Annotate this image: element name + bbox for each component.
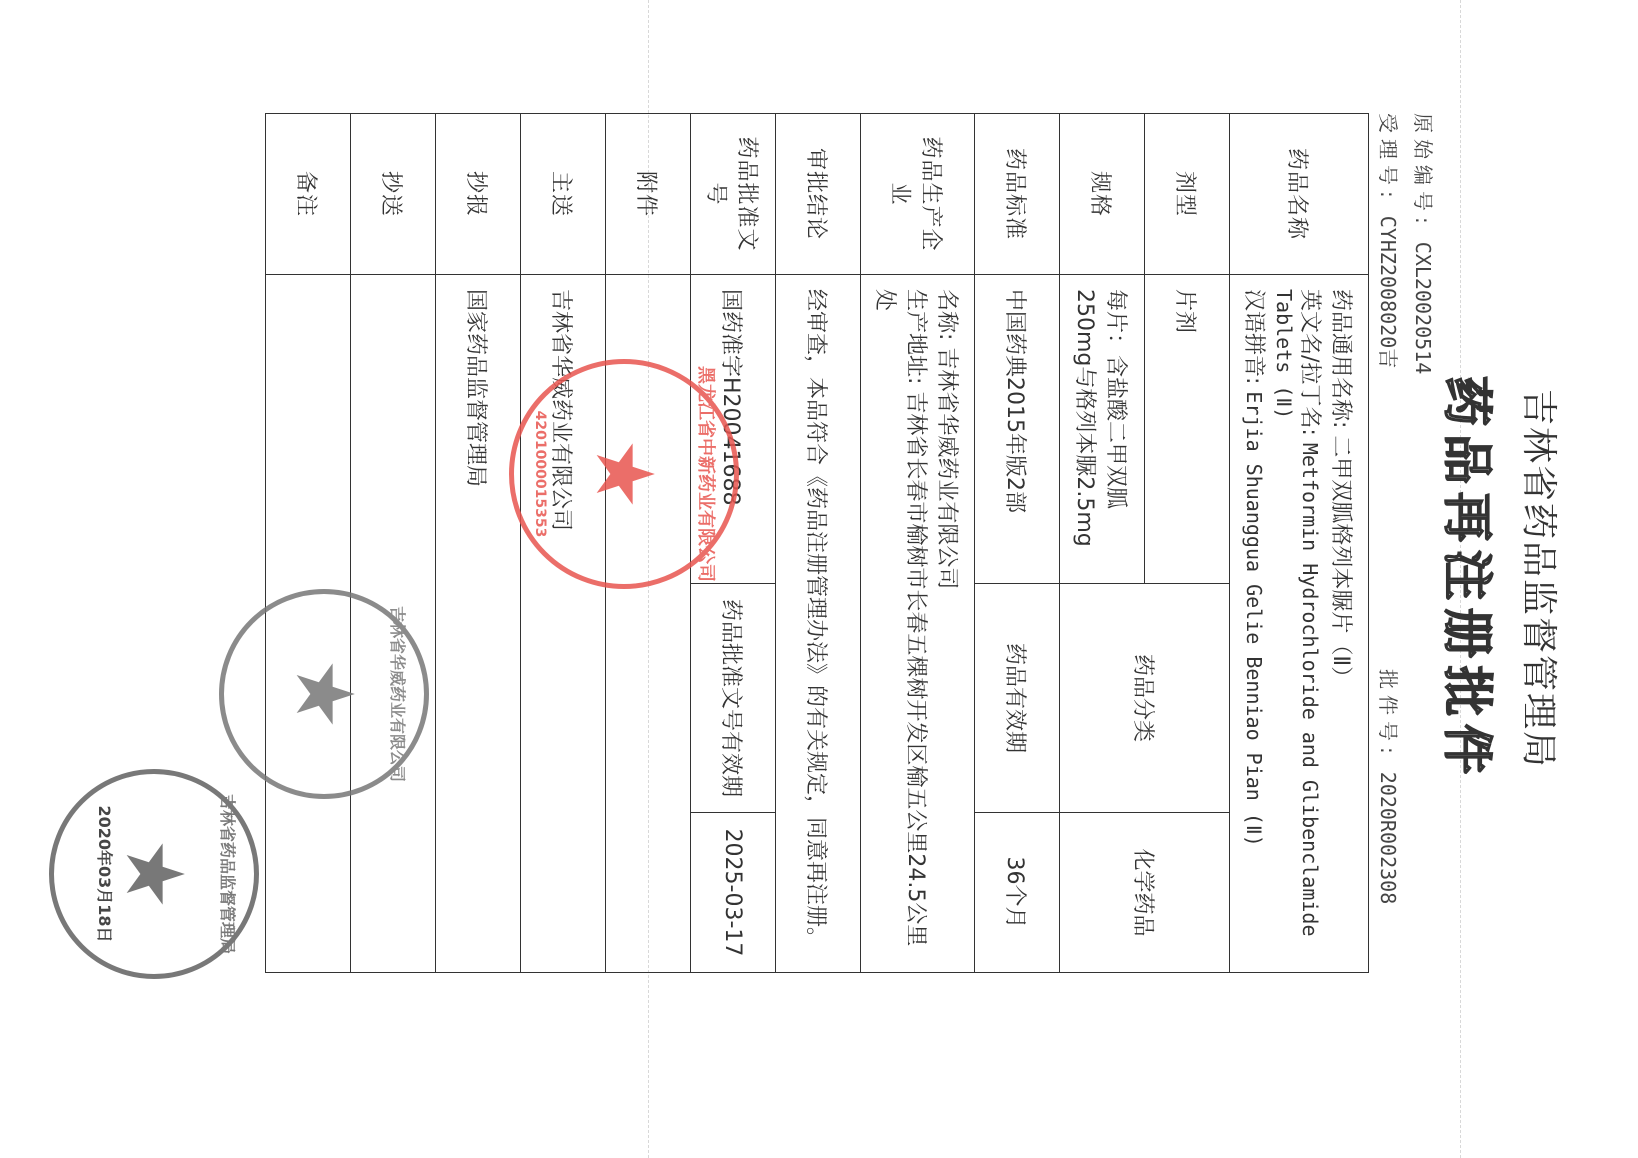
document-title: 药品再注册批件 — [1435, 29, 1507, 1129]
star-icon: ★ — [284, 658, 364, 730]
row-manufacturer: 药品生产企业 名称: 吉林省华威药业有限公司 生产地址: 吉林省长春市榆树市长春… — [861, 114, 975, 973]
label-specification: 规格 — [1060, 114, 1145, 275]
standard-value: 中国药典2015年版2部 — [975, 275, 1060, 584]
label-main-recipient: 主送 — [521, 114, 606, 275]
approval-document-number: 批件号: 2020R002308 — [1375, 669, 1404, 904]
pinyin-name: Erjia Shuanggua Gelie Benniao Pian (Ⅱ) — [1242, 391, 1266, 846]
row-cc: 抄送 — [351, 114, 436, 973]
manufacturer-values: 名称: 吉林省华威药业有限公司 生产地址: 吉林省长春市榆树市长春五棵树开发区榆… — [861, 275, 975, 973]
row-remarks: 备注 — [266, 114, 351, 973]
generic-name: 二甲双胍格列本脲片（Ⅱ） — [1328, 435, 1353, 688]
conclusion-value: 经审查，本品符合《药品注册管理办法》的有关规定，同意再注册。 — [776, 275, 861, 973]
issuing-organization: 吉林省药品监督管理局 — [1516, 29, 1567, 1129]
label-dosage-form: 剂型 — [1145, 114, 1230, 275]
star-icon: ★ — [114, 838, 194, 910]
red-company-seal: ★ 黑龙江省中新药业有限公司 4201000015353 — [509, 359, 739, 589]
label-conclusion: 审批结论 — [776, 114, 861, 275]
gray-company-seal: ★ 吉林省华威药业有限公司 — [219, 589, 429, 799]
row-conclusion: 审批结论 经审查，本品符合《药品注册管理办法》的有关规定，同意再注册。 — [776, 114, 861, 973]
manufacturer-address: 吉林省长春市榆树市长春五棵树开发区榆五公里24.5公里处 — [872, 289, 928, 946]
approval-document: 吉林省药品监督管理局 药品再注册批件 原始编号: CXL20020514 受理号… — [39, 29, 1599, 1129]
stamp-date: 2020年03月18日 — [94, 805, 117, 942]
label-drug-name: 药品名称 — [1230, 114, 1369, 275]
row-report-to: 抄报 国家药品监督管理局 — [436, 114, 521, 973]
label-approval-validity: 药品批准文号有效期 — [691, 584, 776, 813]
label-report-to: 抄报 — [436, 114, 521, 275]
drug-class-value: 化学药品 — [1060, 813, 1230, 973]
label-cc: 抄送 — [351, 114, 436, 275]
label-approval-number: 药品批准文号 — [691, 114, 776, 275]
label-remarks: 备注 — [266, 114, 351, 275]
label-shelf-life: 药品有效期 — [975, 584, 1060, 813]
shelf-life-value: 36个月 — [975, 813, 1060, 973]
authority-seal: ★ 吉林省药品监督管理局 2020年03月18日 — [49, 769, 259, 979]
specification-value: 每片：含盐酸二甲双胍250mg与格列本脲2.5mg — [1060, 275, 1145, 584]
row-dosage-form: 剂型 片剂 药品分类 化学药品 — [1145, 114, 1230, 973]
dosage-form-value: 片剂 — [1145, 275, 1230, 584]
original-number: 原始编号: CXL20020514 — [1410, 113, 1439, 374]
label-drug-class: 药品分类 — [1060, 584, 1230, 813]
approval-validity-value: 2025-03-17 — [691, 813, 776, 973]
approval-table: 药品名称 药品通用名称: 二甲双胍格列本脲片（Ⅱ） 英文名/拉丁名: Metfo… — [265, 113, 1369, 973]
row-standard: 药品标准 中国药典2015年版2部 药品有效期 36个月 — [975, 114, 1060, 973]
label-manufacturer: 药品生产企业 — [861, 114, 975, 275]
report-to-value: 国家药品监督管理局 — [436, 275, 521, 973]
label-standard: 药品标准 — [975, 114, 1060, 275]
manufacturer-name: 吉林省华威药业有限公司 — [934, 347, 959, 589]
row-drug-name: 药品名称 药品通用名称: 二甲双胍格列本脲片（Ⅱ） 英文名/拉丁名: Metfo… — [1230, 114, 1369, 973]
label-attachment: 附件 — [606, 114, 691, 275]
star-icon: ★ — [584, 438, 664, 510]
drug-name-values: 药品通用名称: 二甲双胍格列本脲片（Ⅱ） 英文名/拉丁名: Metformin … — [1230, 275, 1369, 973]
acceptance-number: 受理号: CYHZ2008020吉 — [1375, 113, 1404, 368]
